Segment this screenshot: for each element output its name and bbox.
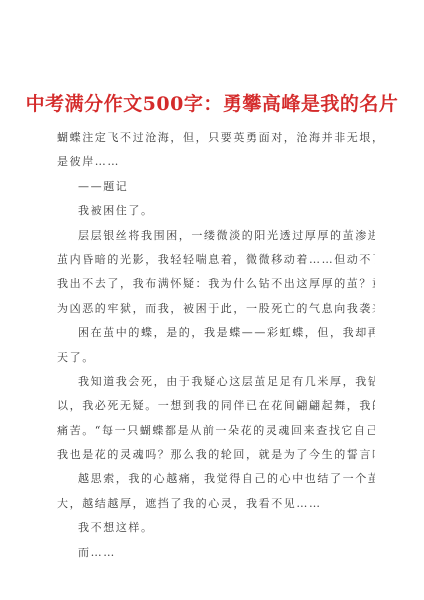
text-line: 我不想这样。 bbox=[57, 516, 375, 540]
text-line: 天了。 bbox=[57, 346, 375, 370]
document-title: 中考满分作文500字：勇攀高峰是我的名片 bbox=[0, 89, 424, 116]
text-line: 为凶恶的牢狱，而我，被困于此，一股死亡的气息向我袭来。 bbox=[57, 297, 375, 321]
text-line: 我出不去了，我布满怀疑：我为什么钻不出这厚厚的茧？重生的羽衣化 bbox=[57, 272, 375, 296]
document-page: 中考满分作文500字：勇攀高峰是我的名片 蝴蝶注定飞不过沧海，但，只要英勇面对，… bbox=[0, 0, 424, 600]
text-line: 是彼岸…… bbox=[57, 150, 375, 174]
text-line: 层层银丝将我围困，一缕微淡的阳光透过厚厚的茧渗进来，搅乱了 bbox=[57, 224, 375, 248]
text-line: 越思索，我的心越痛，我觉得自己的心中也结了一个茧，且越结越 bbox=[57, 467, 375, 491]
text-line: 我被困住了。 bbox=[57, 199, 375, 223]
text-line: 痛苦。“每一只蝴蝶都是从前一朵花的灵魂回来查找它自己的”，是吗？ bbox=[57, 419, 375, 443]
text-line: 我知道我会死，由于我疑心这层茧足足有几米厚，我钻不透它，所 bbox=[57, 370, 375, 394]
epigraph-attribution: ——题记 bbox=[57, 175, 375, 199]
text-line: 困在茧中的蝶，是的，我是蝶——彩虹蝶，但，我却再也见不到春 bbox=[57, 321, 375, 345]
text-line: 大，越结越厚，遮挡了我的心灵，我看不见…… bbox=[57, 492, 375, 516]
text-line: 我也是花的灵魂吗？那么我的轮回，就是为了今生的誓言吗？ bbox=[57, 443, 375, 467]
text-line: 以，我必死无疑。一想到我的同伴已在花间翩翩起舞，我的心便滴血般 bbox=[57, 394, 375, 418]
document-body: 蝴蝶注定飞不过沧海，但，只要英勇面对，沧海并非无垠，那前方，即 是彼岸…… ——… bbox=[57, 126, 375, 565]
text-line: 蝴蝶注定飞不过沧海，但，只要英勇面对，沧海并非无垠，那前方，即 bbox=[57, 126, 375, 150]
text-line: 茧内昏暗的光影，我轻轻喘息着，微微移动着……但动不了。出不去， bbox=[57, 248, 375, 272]
text-line: 而…… bbox=[57, 541, 375, 565]
